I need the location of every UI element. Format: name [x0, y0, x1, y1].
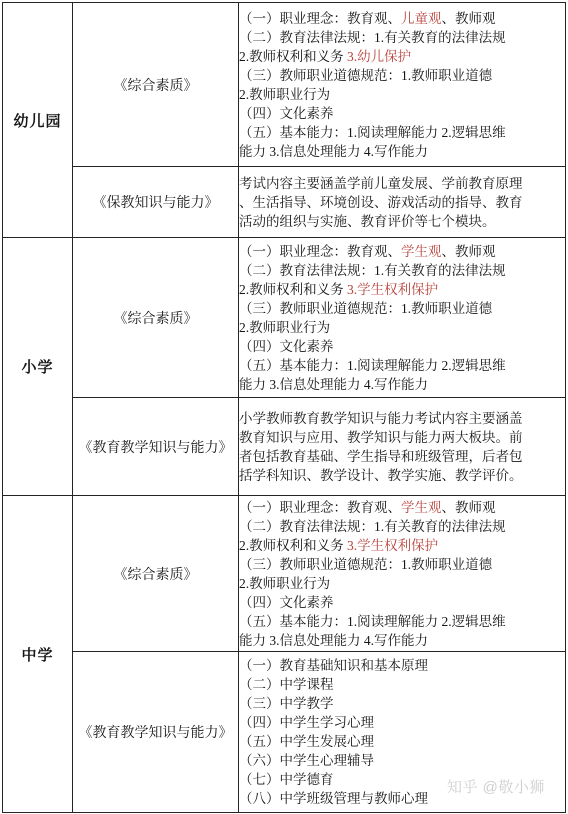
text-segment: 能力 3.信息处理能力 4.写作能力 [239, 633, 428, 648]
content-cell-primary-teaching-knowledge: 小学教师教育教学知识与能力考试内容主要涵盖教育知识与应用、教学知识与能力两大板块… [239, 398, 566, 496]
content-line: 、生活指导、环境创设、游戏活动的指导、教育 [239, 193, 565, 212]
content-line: 者包括教育基础、学生指导和班级管理，后者包 [239, 447, 565, 466]
subject-cell-primary-comprehensive: 《综合素质》 [73, 238, 239, 398]
content-line: 括学科知识、教学设计、教学实施、教学评价。 [239, 466, 565, 485]
text-segment: 括学科知识、教学设计、教学实施、教学评价。 [239, 468, 523, 483]
table-row: 《教育教学知识与能力》 （一）教育基础知识和基本原理（二）中学课程（三）中学教学… [3, 652, 566, 813]
text-segment: 2.教师权利和义务 [239, 538, 347, 553]
highlighted-text-segment: 学生观 [401, 244, 442, 259]
content-line: （一）教育基础知识和基本原理 [239, 656, 565, 675]
exam-subjects-table: 幼儿园 《综合素质》 （一）职业理念：教育观、儿童观、教师观（二）教育法律法规：… [2, 2, 566, 813]
text-segment: （二）教育法律法规：1.有关教育的法律法规 [239, 30, 506, 45]
content-line: （八）中学班级管理与教师心理 [239, 789, 565, 808]
text-segment: （七）中学德育 [239, 772, 334, 787]
table-row: 《教育教学知识与能力》 小学教师教育教学知识与能力考试内容主要涵盖教育知识与应用… [3, 398, 566, 496]
content-line: （三）教师职业道德规范：1.教师职业道德 [239, 299, 565, 318]
text-segment: （二）中学课程 [239, 677, 334, 692]
highlighted-text-segment: 儿童观 [401, 11, 442, 26]
text-segment: （三）教师职业道德规范：1.教师职业道德 [239, 301, 492, 316]
subject-cell-secondary-teaching-knowledge: 《教育教学知识与能力》 [73, 652, 239, 813]
content-line: 2.教师职业行为 [239, 85, 565, 104]
content-line: （四）文化素养 [239, 337, 565, 356]
content-line: （五）基本能力：1.阅读理解能力 2.逻辑思维 [239, 123, 565, 142]
text-segment: （三）中学教学 [239, 696, 334, 711]
text-segment: 能力 3.信息处理能力 4.写作能力 [239, 377, 428, 392]
text-segment: （六）中学生心理辅导 [239, 753, 374, 768]
highlighted-text-segment: 3.学生权利保护 [347, 538, 438, 553]
content-line: （四）文化素养 [239, 593, 565, 612]
content-line: 能力 3.信息处理能力 4.写作能力 [239, 375, 565, 394]
content-line: （五）中学生发展心理 [239, 732, 565, 751]
text-segment: 小学教师教育教学知识与能力考试内容主要涵盖 [239, 411, 523, 426]
screenshot-root: 知乎 @敬小狮 幼儿园 《综合素质》 （一）职业理念：教育观、儿童观、教师观（二… [0, 0, 568, 814]
text-segment: 2.教师权利和义务 [239, 49, 347, 64]
content-cell-kindergarten-care-knowledge: 考试内容主要涵盖学前儿童发展、学前教育原理、生活指导、环境创设、游戏活动的指导、… [239, 167, 566, 238]
text-segment: （四）文化素养 [239, 595, 334, 610]
content-line: 活动的组织与实施、教育评价等七个模块。 [239, 212, 565, 231]
text-segment: 、教师观 [442, 11, 496, 26]
content-line: （二）中学课程 [239, 675, 565, 694]
content-cell-secondary-teaching-knowledge: （一）教育基础知识和基本原理（二）中学课程（三）中学教学（四）中学生学习心理（五… [239, 652, 566, 813]
content-line: （五）基本能力：1.阅读理解能力 2.逻辑思维 [239, 356, 565, 375]
text-segment: 能力 3.信息处理能力 4.写作能力 [239, 144, 428, 159]
text-segment: （一）职业理念：教育观、 [239, 11, 401, 26]
content-line: 2.教师职业行为 [239, 318, 565, 337]
text-segment: （一）职业理念：教育观、 [239, 500, 401, 515]
text-segment: 、教师观 [442, 500, 496, 515]
content-line: （三）教师职业道德规范：1.教师职业道德 [239, 66, 565, 85]
content-line: （六）中学生心理辅导 [239, 751, 565, 770]
text-segment: （四）中学生学习心理 [239, 715, 374, 730]
content-line: （二）教育法律法规：1.有关教育的法律法规 [239, 28, 565, 47]
level-cell-primary: 小学 [3, 238, 73, 496]
content-line: 能力 3.信息处理能力 4.写作能力 [239, 142, 565, 161]
content-line: （一）职业理念：教育观、儿童观、教师观 [239, 9, 565, 28]
text-segment: 2.教师职业行为 [239, 576, 330, 591]
content-line: 能力 3.信息处理能力 4.写作能力 [239, 631, 565, 650]
content-line: 考试内容主要涵盖学前儿童发展、学前教育原理 [239, 174, 565, 193]
text-segment: 者包括教育基础、学生指导和班级管理，后者包 [239, 449, 523, 464]
content-cell-secondary-comprehensive: （一）职业理念：教育观、学生观、教师观（二）教育法律法规：1.有关教育的法律法规… [239, 496, 566, 652]
subject-cell-kindergarten-comprehensive: 《综合素质》 [73, 3, 239, 167]
text-segment: （四）文化素养 [239, 106, 334, 121]
content-line: 2.教师权利和义务 3.幼儿保护 [239, 47, 565, 66]
subject-cell-kindergarten-care-knowledge: 《保教知识与能力》 [73, 167, 239, 238]
content-line: （四）文化素养 [239, 104, 565, 123]
text-segment: 教育知识与应用、教学知识与能力两大板块。前 [239, 430, 523, 445]
text-segment: 2.教师权利和义务 [239, 282, 347, 297]
content-line: （一）职业理念：教育观、学生观、教师观 [239, 242, 565, 261]
text-segment: （五）基本能力：1.阅读理解能力 2.逻辑思维 [239, 358, 506, 373]
table-row: 《保教知识与能力》 考试内容主要涵盖学前儿童发展、学前教育原理、生活指导、环境创… [3, 167, 566, 238]
content-line: 小学教师教育教学知识与能力考试内容主要涵盖 [239, 409, 565, 428]
text-segment: （五）中学生发展心理 [239, 734, 374, 749]
text-segment: （五）基本能力：1.阅读理解能力 2.逻辑思维 [239, 125, 506, 140]
text-segment: （四）文化素养 [239, 339, 334, 354]
highlighted-text-segment: 学生观 [401, 500, 442, 515]
content-line: 教育知识与应用、教学知识与能力两大板块。前 [239, 428, 565, 447]
text-segment: 2.教师职业行为 [239, 87, 330, 102]
text-segment: （二）教育法律法规：1.有关教育的法律法规 [239, 519, 506, 534]
text-segment: （二）教育法律法规：1.有关教育的法律法规 [239, 263, 506, 278]
subject-cell-secondary-comprehensive: 《综合素质》 [73, 496, 239, 652]
text-segment: （五）基本能力：1.阅读理解能力 2.逻辑思维 [239, 614, 506, 629]
text-segment: 、教师观 [442, 244, 496, 259]
content-line: 2.教师权利和义务 3.学生权利保护 [239, 536, 565, 555]
table-row: 小学 《综合素质》 （一）职业理念：教育观、学生观、教师观（二）教育法律法规：1… [3, 238, 566, 398]
text-segment: （三）教师职业道德规范：1.教师职业道德 [239, 557, 492, 572]
subject-cell-primary-teaching-knowledge: 《教育教学知识与能力》 [73, 398, 239, 496]
content-line: （二）教育法律法规：1.有关教育的法律法规 [239, 261, 565, 280]
text-segment: （八）中学班级管理与教师心理 [239, 791, 428, 806]
table-row: 幼儿园 《综合素质》 （一）职业理念：教育观、儿童观、教师观（二）教育法律法规：… [3, 3, 566, 167]
highlighted-text-segment: 3.幼儿保护 [347, 49, 411, 64]
table-row: 中学 《综合素质》 （一）职业理念：教育观、学生观、教师观（二）教育法律法规：1… [3, 496, 566, 652]
content-line: （三）中学教学 [239, 694, 565, 713]
content-cell-primary-comprehensive: （一）职业理念：教育观、学生观、教师观（二）教育法律法规：1.有关教育的法律法规… [239, 238, 566, 398]
text-segment: 活动的组织与实施、教育评价等七个模块。 [239, 214, 496, 229]
content-line: （五）基本能力：1.阅读理解能力 2.逻辑思维 [239, 612, 565, 631]
text-segment: （一）职业理念：教育观、 [239, 244, 401, 259]
text-segment: （三）教师职业道德规范：1.教师职业道德 [239, 68, 492, 83]
text-segment: 、生活指导、环境创设、游戏活动的指导、教育 [239, 195, 523, 210]
content-cell-kindergarten-comprehensive: （一）职业理念：教育观、儿童观、教师观（二）教育法律法规：1.有关教育的法律法规… [239, 3, 566, 167]
content-line: （三）教师职业道德规范：1.教师职业道德 [239, 555, 565, 574]
content-line: （一）职业理念：教育观、学生观、教师观 [239, 498, 565, 517]
content-line: 2.教师职业行为 [239, 574, 565, 593]
content-line: （二）教育法律法规：1.有关教育的法律法规 [239, 517, 565, 536]
text-segment: （一）教育基础知识和基本原理 [239, 658, 428, 673]
level-cell-kindergarten: 幼儿园 [3, 3, 73, 238]
content-line: （七）中学德育 [239, 770, 565, 789]
text-segment: 2.教师职业行为 [239, 320, 330, 335]
highlighted-text-segment: 3.学生权利保护 [347, 282, 438, 297]
content-line: （四）中学生学习心理 [239, 713, 565, 732]
content-line: 2.教师权利和义务 3.学生权利保护 [239, 280, 565, 299]
text-segment: 考试内容主要涵盖学前儿童发展、学前教育原理 [239, 176, 523, 191]
level-cell-secondary: 中学 [3, 496, 73, 813]
